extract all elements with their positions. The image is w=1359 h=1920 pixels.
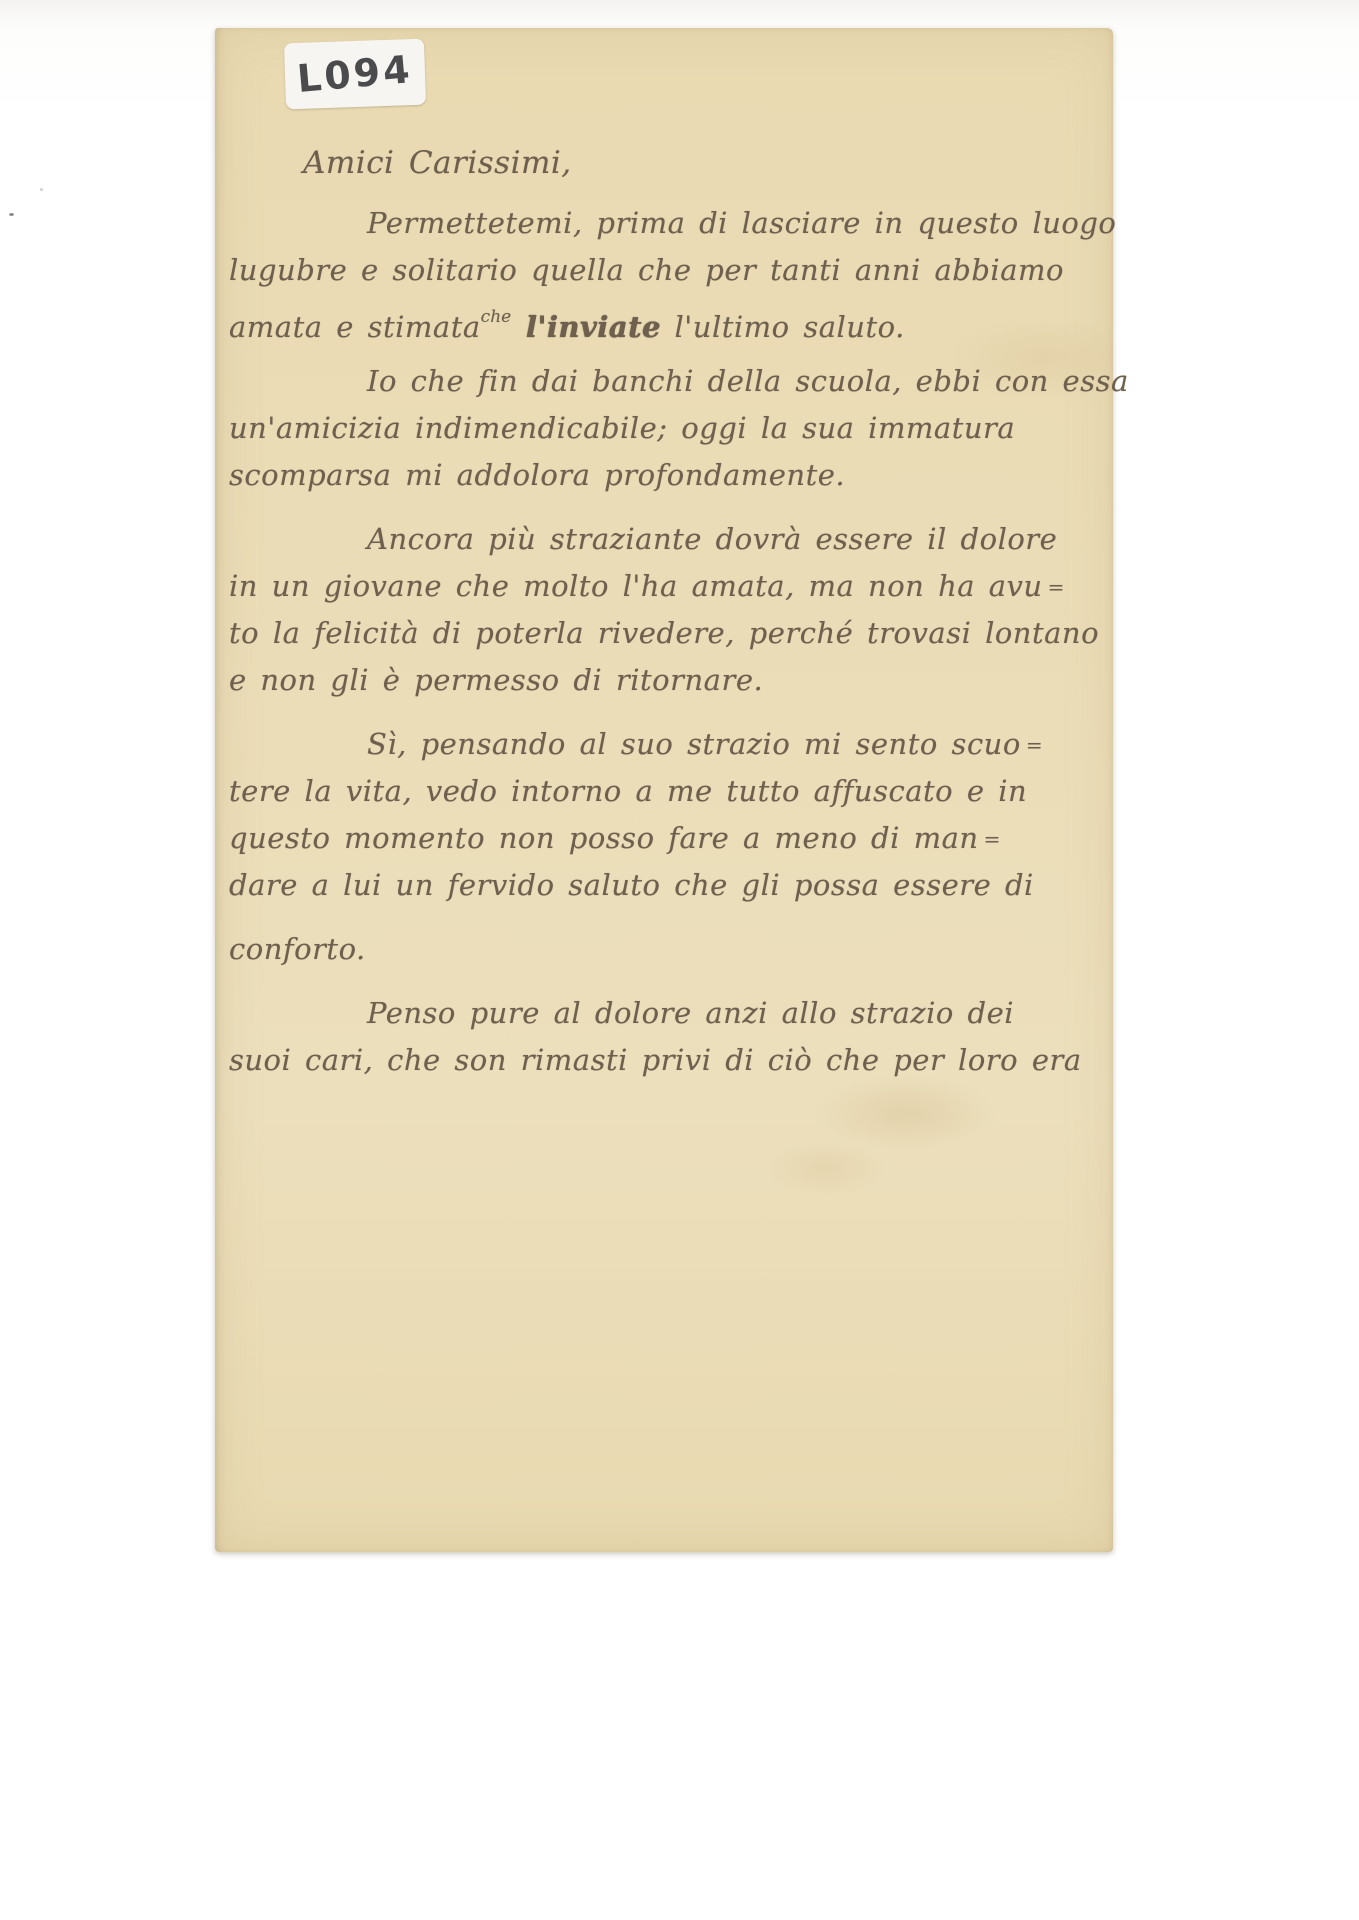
corrected-word: l'inviate [511, 310, 661, 344]
letter-line: lugubre e solitario quella che per tanti… [229, 247, 1074, 294]
letter-line: Ancora più straziante dovrà essere il do… [229, 516, 1074, 563]
letter-line: Io che fin dai banchi della scuola, ebbi… [229, 358, 1074, 405]
letter-text: Permettetemi, prima di lasciare in quest… [367, 206, 1116, 240]
letter-text: questo momento non posso fare a meno di … [229, 821, 979, 855]
hyphenation-mark: = [1048, 575, 1065, 599]
letter-line: e non gli è permesso di ritornare. [229, 657, 1074, 704]
letter-text: un'amicizia indimendicabile; oggi la sua… [229, 411, 1015, 445]
letter-text: in un giovane che molto l'ha amata, ma n… [229, 569, 1043, 603]
scan-speck [40, 188, 43, 191]
letter-line: Sì, pensando al suo strazio mi sento scu… [229, 721, 1074, 768]
letter-line: suoi cari, che son rimasti privi di ciò … [229, 1037, 1074, 1084]
letter-line: questo momento non posso fare a meno di … [229, 815, 1074, 862]
letter-text: Io che fin dai banchi della scuola, ebbi… [367, 364, 1129, 398]
scan-page: { "scan": { "archive_label": "L094", "pa… [0, 0, 1359, 1920]
archive-label: L094 [296, 47, 415, 101]
letter-text: Penso pure al dolore anzi allo strazio d… [367, 996, 1014, 1030]
letter-line: Penso pure al dolore anzi allo strazio d… [229, 990, 1074, 1037]
letter-text: e non gli è permesso di ritornare. [229, 663, 763, 697]
letter-line: tere la vita, vedo intorno a me tutto af… [229, 768, 1074, 815]
letter-body: Amici Carissimi, Permettetemi, prima di … [229, 140, 1074, 1084]
letter-line: dare a lui un fervido saluto che gli pos… [229, 862, 1074, 909]
scan-speck [9, 213, 14, 216]
hyphenation-mark: = [984, 827, 1001, 851]
letter-line: amata e stimatache l'inviate l'ultimo sa… [229, 294, 1074, 341]
letter-paper: L094 Amici Carissimi, Permettetemi, prim… [215, 28, 1113, 1552]
letter-text: suoi cari, che son rimasti privi di ciò … [229, 1043, 1082, 1077]
letter-text: scomparsa mi addolora profondamente. [229, 458, 845, 492]
letter-text: lugubre e solitario quella che per tanti… [229, 253, 1064, 287]
letter-text: conforto. [229, 932, 366, 966]
letter-text: Sì, pensando al suo strazio mi sento scu… [367, 727, 1021, 761]
letter-text: l'ultimo saluto. [661, 310, 905, 344]
letter-line: Permettetemi, prima di lasciare in quest… [229, 200, 1074, 247]
letter-line: to la felicità di poterla rivedere, perc… [229, 610, 1074, 657]
letter-text: amata e stimata [229, 310, 481, 344]
hyphenation-mark: = [1026, 733, 1043, 757]
letter-text: dare a lui un fervido saluto che gli pos… [229, 868, 1034, 902]
letter-text: tere la vita, vedo intorno a me tutto af… [229, 774, 1027, 808]
inserted-word: che [481, 294, 512, 341]
letter-line: in un giovane che molto l'ha amata, ma n… [229, 563, 1074, 610]
letter-line: scomparsa mi addolora profondamente. [229, 452, 1074, 499]
letter-line: conforto. [229, 926, 1074, 973]
letter-text: to la felicità di poterla rivedere, perc… [229, 616, 1099, 650]
letter-salutation: Amici Carissimi, [303, 140, 1074, 187]
letter-line: un'amicizia indimendicabile; oggi la sua… [229, 405, 1074, 452]
letter-text: Ancora più straziante dovrà essere il do… [367, 522, 1057, 556]
archive-label-sticker: L094 [284, 39, 426, 110]
